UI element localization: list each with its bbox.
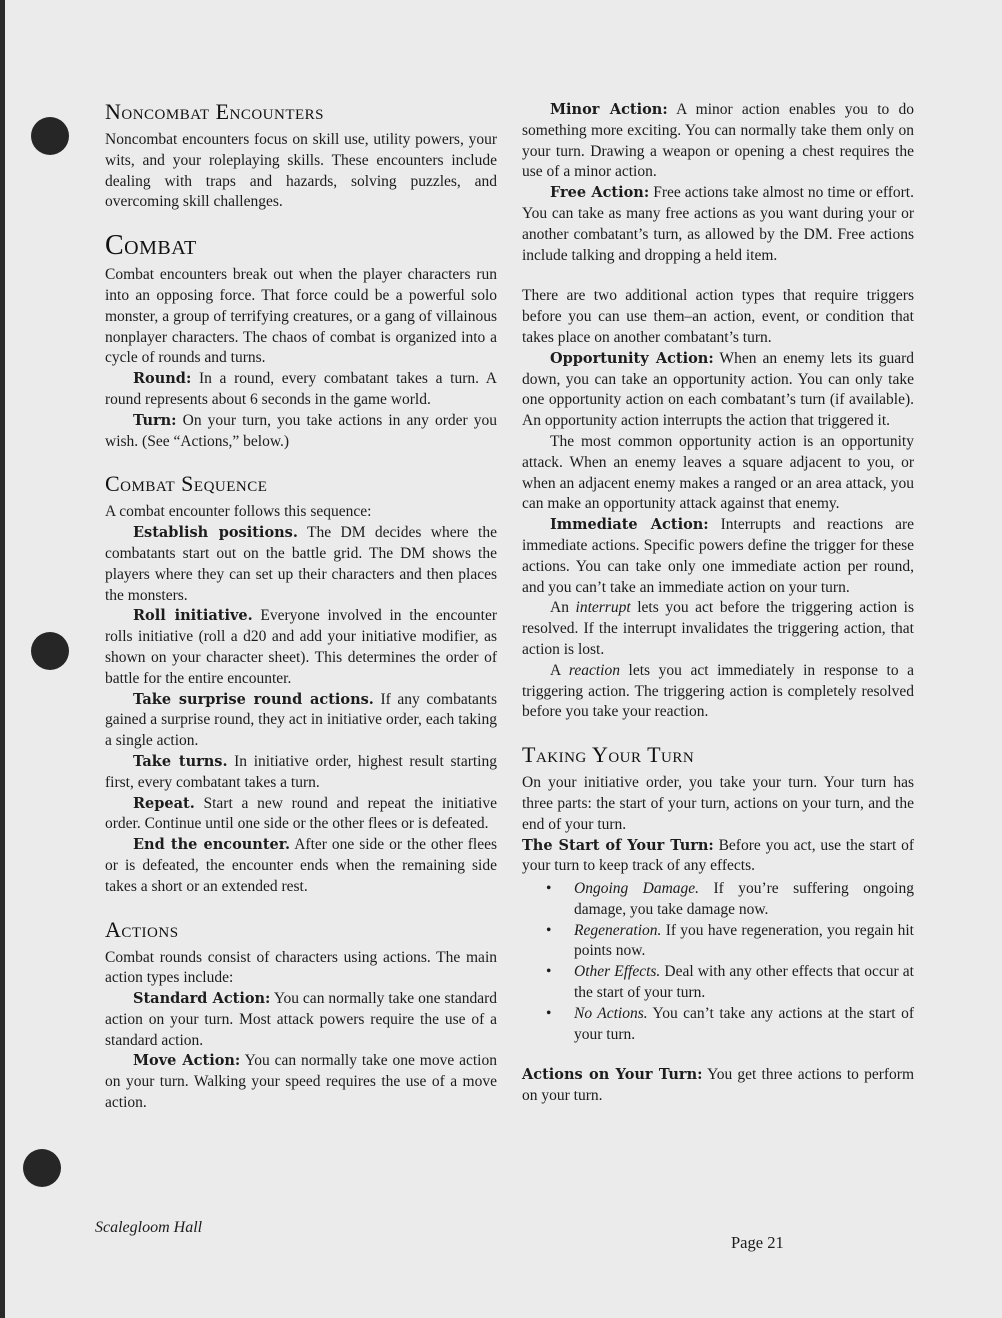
- list-item: No Actions. You can’t take any actions a…: [574, 1004, 914, 1046]
- taking-turn-body: On your initiative order, you take your …: [522, 773, 914, 835]
- sequence-step: Take surprise round actions. If any comb…: [105, 690, 497, 752]
- noncombat-body: Noncombat encounters focus on skill use,…: [105, 130, 497, 213]
- actions-intro: Combat rounds consist of characters usin…: [105, 948, 497, 990]
- triggers-intro: There are two additional action types th…: [522, 286, 914, 348]
- reaction-pre: A: [550, 662, 569, 679]
- term-immediate-action: Immediate Action:: [550, 516, 709, 533]
- step-term: Establish positions.: [133, 524, 298, 541]
- term-reaction: reaction: [569, 662, 620, 679]
- page-number: Page 21: [731, 1233, 784, 1253]
- term-minor-action: Minor Action:: [550, 101, 668, 118]
- binder-hole-bottom: [23, 1149, 61, 1187]
- step-term: Take turns.: [133, 753, 228, 770]
- footer-title: Scalegloom Hall: [95, 1219, 202, 1237]
- term-move-action: Move Action:: [133, 1052, 240, 1069]
- list-item: Regeneration. If you have regeneration, …: [574, 921, 914, 963]
- scan-edge: [0, 0, 5, 1318]
- move-action-definition: Move Action: You can normally take one m…: [105, 1051, 497, 1113]
- step-term: End the encounter.: [133, 836, 290, 853]
- list-item: Other Effects. Deal with any other effec…: [574, 962, 914, 1004]
- bullet-term: Regeneration.: [574, 922, 661, 939]
- term-free-action: Free Action:: [550, 184, 649, 201]
- list-item: Ongoing Damage. If you’re suffering ongo…: [574, 879, 914, 921]
- term-actions-on-your-turn: Actions on Your Turn:: [522, 1066, 702, 1083]
- interrupt-paragraph: An interrupt lets you act before the tri…: [522, 598, 914, 660]
- opportunity-action-definition: Opportunity Action: When an enemy lets i…: [522, 349, 914, 432]
- combat-body: Combat encounters break out when the pla…: [105, 265, 497, 369]
- term-start-of-turn: The Start of Your Turn:: [522, 837, 714, 854]
- free-action-definition: Free Action: Free actions take almost no…: [522, 183, 914, 266]
- round-definition: Round: In a round, every combatant takes…: [105, 369, 497, 411]
- step-term: Roll initiative.: [133, 607, 253, 624]
- spacer: [522, 266, 914, 286]
- standard-action-definition: Standard Action: You can normally take o…: [105, 989, 497, 1051]
- reaction-paragraph: A reaction lets you act immediately in r…: [522, 661, 914, 723]
- bullet-term: No Actions.: [574, 1005, 648, 1022]
- sequence-step: Establish positions. The DM decides wher…: [105, 523, 497, 606]
- heading-actions: Actions: [105, 916, 497, 944]
- term-opportunity-action: Opportunity Action:: [550, 350, 714, 367]
- heading-noncombat-encounters: Noncombat Encounters: [105, 98, 497, 126]
- actions-on-turn-definition: Actions on Your Turn: You get three acti…: [522, 1065, 914, 1107]
- sequence-step: Repeat. Start a new round and repeat the…: [105, 794, 497, 836]
- spacer: [522, 1045, 914, 1065]
- term-turn: Turn:: [133, 412, 177, 429]
- sequence-step: Roll initiative. Everyone involved in th…: [105, 606, 497, 689]
- minor-action-definition: Minor Action: A minor action enables you…: [522, 100, 914, 183]
- interrupt-pre: An: [550, 599, 576, 616]
- term-round: Round:: [133, 370, 191, 387]
- term-interrupt: interrupt: [576, 599, 631, 616]
- heading-taking-your-turn: Taking Your Turn: [522, 741, 914, 769]
- binder-hole-middle: [31, 632, 69, 670]
- sequence-step: Take turns. In initiative order, highest…: [105, 752, 497, 794]
- turn-definition: Turn: On your turn, you take actions in …: [105, 411, 497, 453]
- sequence-step: End the encounter. After one side or the…: [105, 835, 497, 897]
- start-of-turn-list: Ongoing Damage. If you’re suffering ongo…: [522, 879, 914, 1045]
- immediate-action-definition: Immediate Action: Interrupts and reactio…: [522, 515, 914, 598]
- start-of-turn-definition: The Start of Your Turn: Before you act, …: [522, 836, 914, 878]
- sequence-intro: A combat encounter follows this sequence…: [105, 502, 497, 523]
- left-column: Noncombat Encounters Noncombat encounter…: [105, 98, 497, 1114]
- bullet-term: Other Effects.: [574, 963, 660, 980]
- right-column: Minor Action: A minor action enables you…: [522, 100, 914, 1107]
- bullet-term: Ongoing Damage.: [574, 880, 699, 897]
- step-term: Repeat.: [133, 795, 195, 812]
- opportunity-attack-paragraph: The most common opportunity action is an…: [522, 432, 914, 515]
- step-term: Take surprise round actions.: [133, 691, 374, 708]
- binder-hole-top: [31, 117, 69, 155]
- heading-combat-sequence: Combat Sequence: [105, 470, 497, 498]
- heading-combat: Combat: [105, 229, 497, 263]
- term-standard-action: Standard Action:: [133, 990, 270, 1007]
